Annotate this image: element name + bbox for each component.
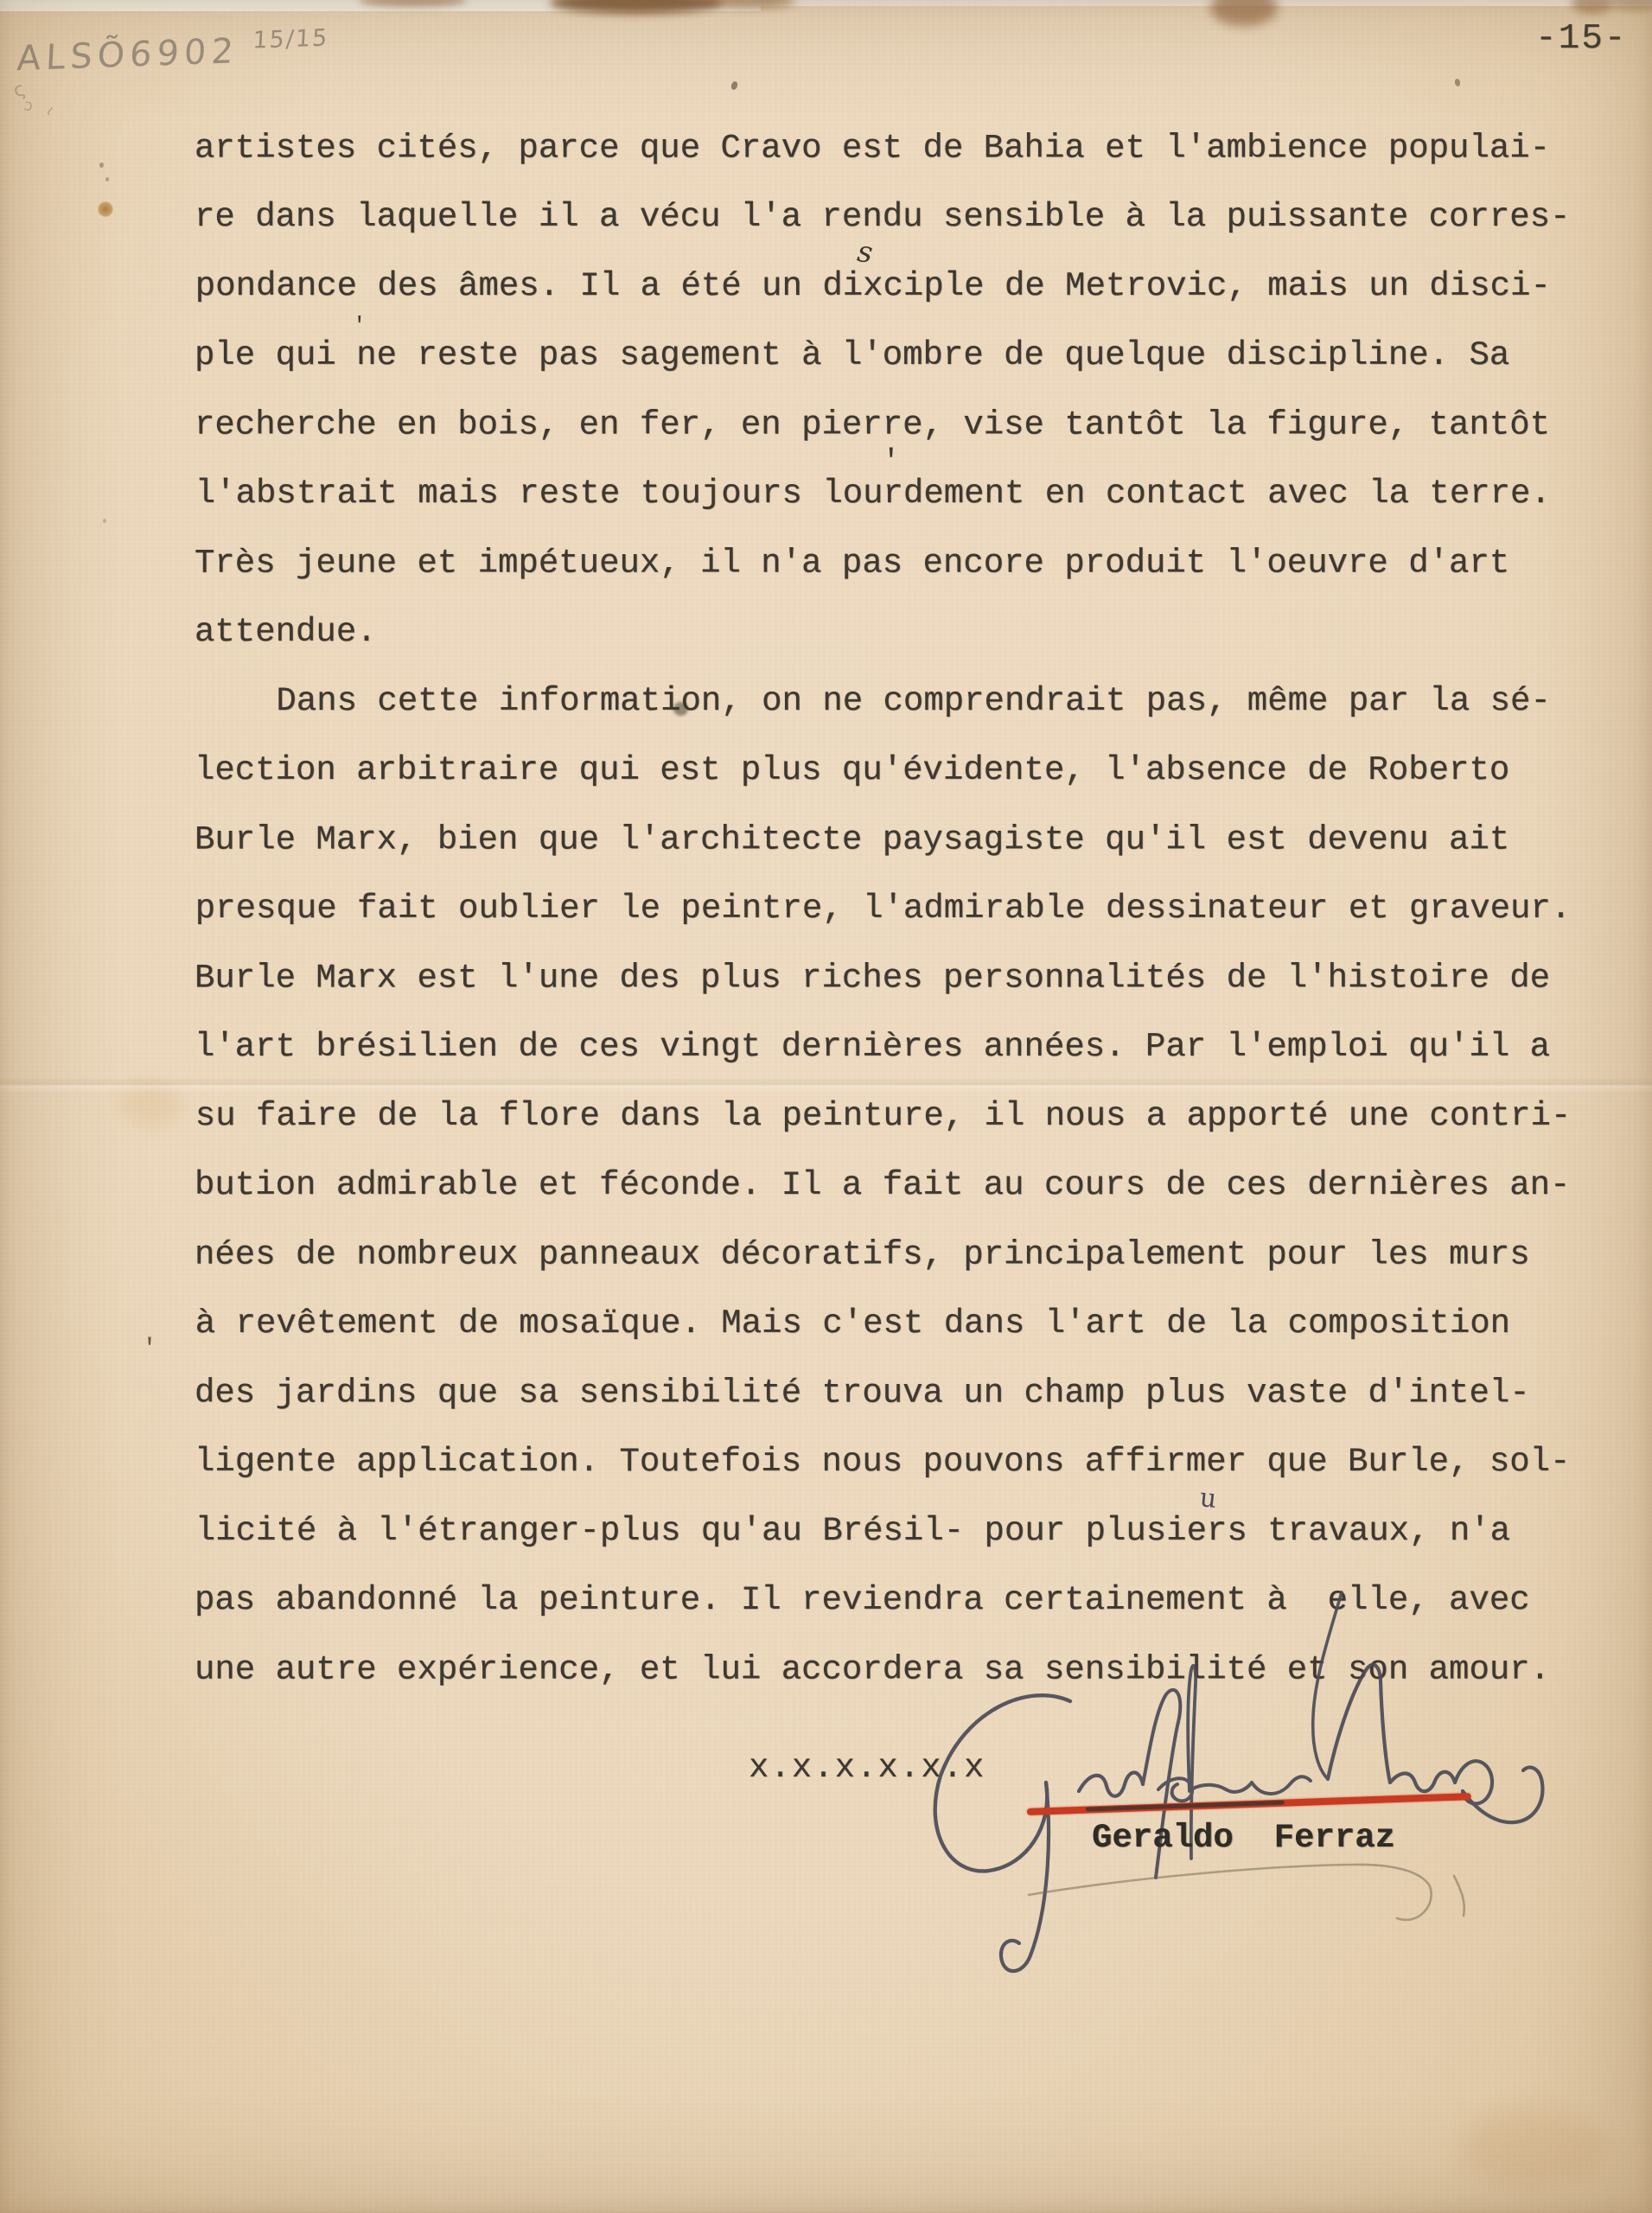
page-fraction: 15/15 (252, 25, 329, 54)
typed-line: à revêtement de mosaïque. Mais c'est dan… (195, 1289, 1613, 1358)
handwritten-u-correction: u (1198, 1483, 1218, 1515)
typed-line: presque fait oublier le peintre, l'admir… (195, 874, 1613, 943)
ink-speck (99, 163, 104, 168)
paper-stain (1461, 2108, 1608, 2190)
stray-typed-mark: ' (882, 444, 901, 480)
typed-line: su faire de la flore dans la peinture, i… (195, 1081, 1613, 1151)
typed-line: pondance des âmes. Il a été un dixciple … (195, 252, 1613, 321)
typed-line: licité à l'étranger-plus qu'au Brésil- p… (195, 1496, 1613, 1566)
pencil-squiggle: ι (44, 102, 58, 118)
typed-line: attendue. (195, 597, 1612, 666)
paper-stain-spot (98, 201, 113, 217)
typed-signature-name: Geraldo Ferraz (1092, 1819, 1395, 1857)
stray-typed-mark: ' (353, 313, 367, 339)
typed-line: re dans laquelle il a vécu l'a rendu sen… (195, 182, 1612, 252)
ink-speck (1454, 78, 1461, 86)
typed-line: pas abandonné la peinture. Il reviendra … (195, 1566, 1612, 1635)
ink-speck (105, 177, 109, 182)
typed-line: artistes cités, parce que Cravo est de B… (195, 114, 1612, 183)
ink-speck (730, 80, 739, 91)
typed-line: une autre expérience, et lui accordera s… (195, 1636, 1612, 1705)
page-number: -15- (1535, 19, 1627, 59)
archive-code: ALSÕ6902 (16, 31, 239, 79)
overtype-smudge (673, 702, 688, 716)
typed-line: Très jeune et impétueux, il n'a pas enco… (195, 529, 1612, 598)
typed-line: l'abstrait mais reste toujours lourdemen… (195, 459, 1613, 528)
scan-top-edge-left (0, 0, 761, 11)
typed-line: ligente application. Toutefois nous pouv… (195, 1427, 1612, 1496)
stray-typed-mark: ' (142, 1335, 157, 1364)
typed-text-block: artistes cités, parce que Cravo est de B… (195, 113, 1612, 1704)
typed-line: lection arbitraire qui est plus qu'évide… (195, 736, 1612, 805)
typed-line: bution admirable et féconde. Il a fait a… (195, 1151, 1612, 1220)
typed-line: l'art brésilien de ces vingt dernières a… (195, 1012, 1612, 1081)
typed-line: nées de nombreux panneaux décoratifs, pr… (195, 1221, 1612, 1290)
typed-x-separator: x.x.x.x.x.x (749, 1749, 985, 1787)
pencil-annotation: ALSÕ690215/15 (7, 8, 330, 79)
red-pencil-underline (1027, 1793, 1471, 1815)
typed-line: recherche en bois, en fer, en pierre, vi… (195, 391, 1612, 460)
paper-stain (119, 1082, 182, 1127)
scanned-typescript-page: { "page": { "number": "-15-" }, "annotat… (0, 0, 1652, 2213)
ink-speck (103, 519, 106, 523)
typed-line: des jardins que sa sensibilité trouva un… (195, 1359, 1612, 1428)
typed-line: Dans cette information, on ne comprendra… (195, 666, 1613, 736)
typed-line: Burle Marx est l'une des plus riches per… (195, 944, 1612, 1013)
typed-line: Burle Marx, bien que l'architecte paysag… (195, 806, 1612, 875)
typed-line: ple qui ne reste pas sagement à l'ombre … (195, 321, 1612, 390)
dark-underline-segment (1086, 1801, 1285, 1812)
